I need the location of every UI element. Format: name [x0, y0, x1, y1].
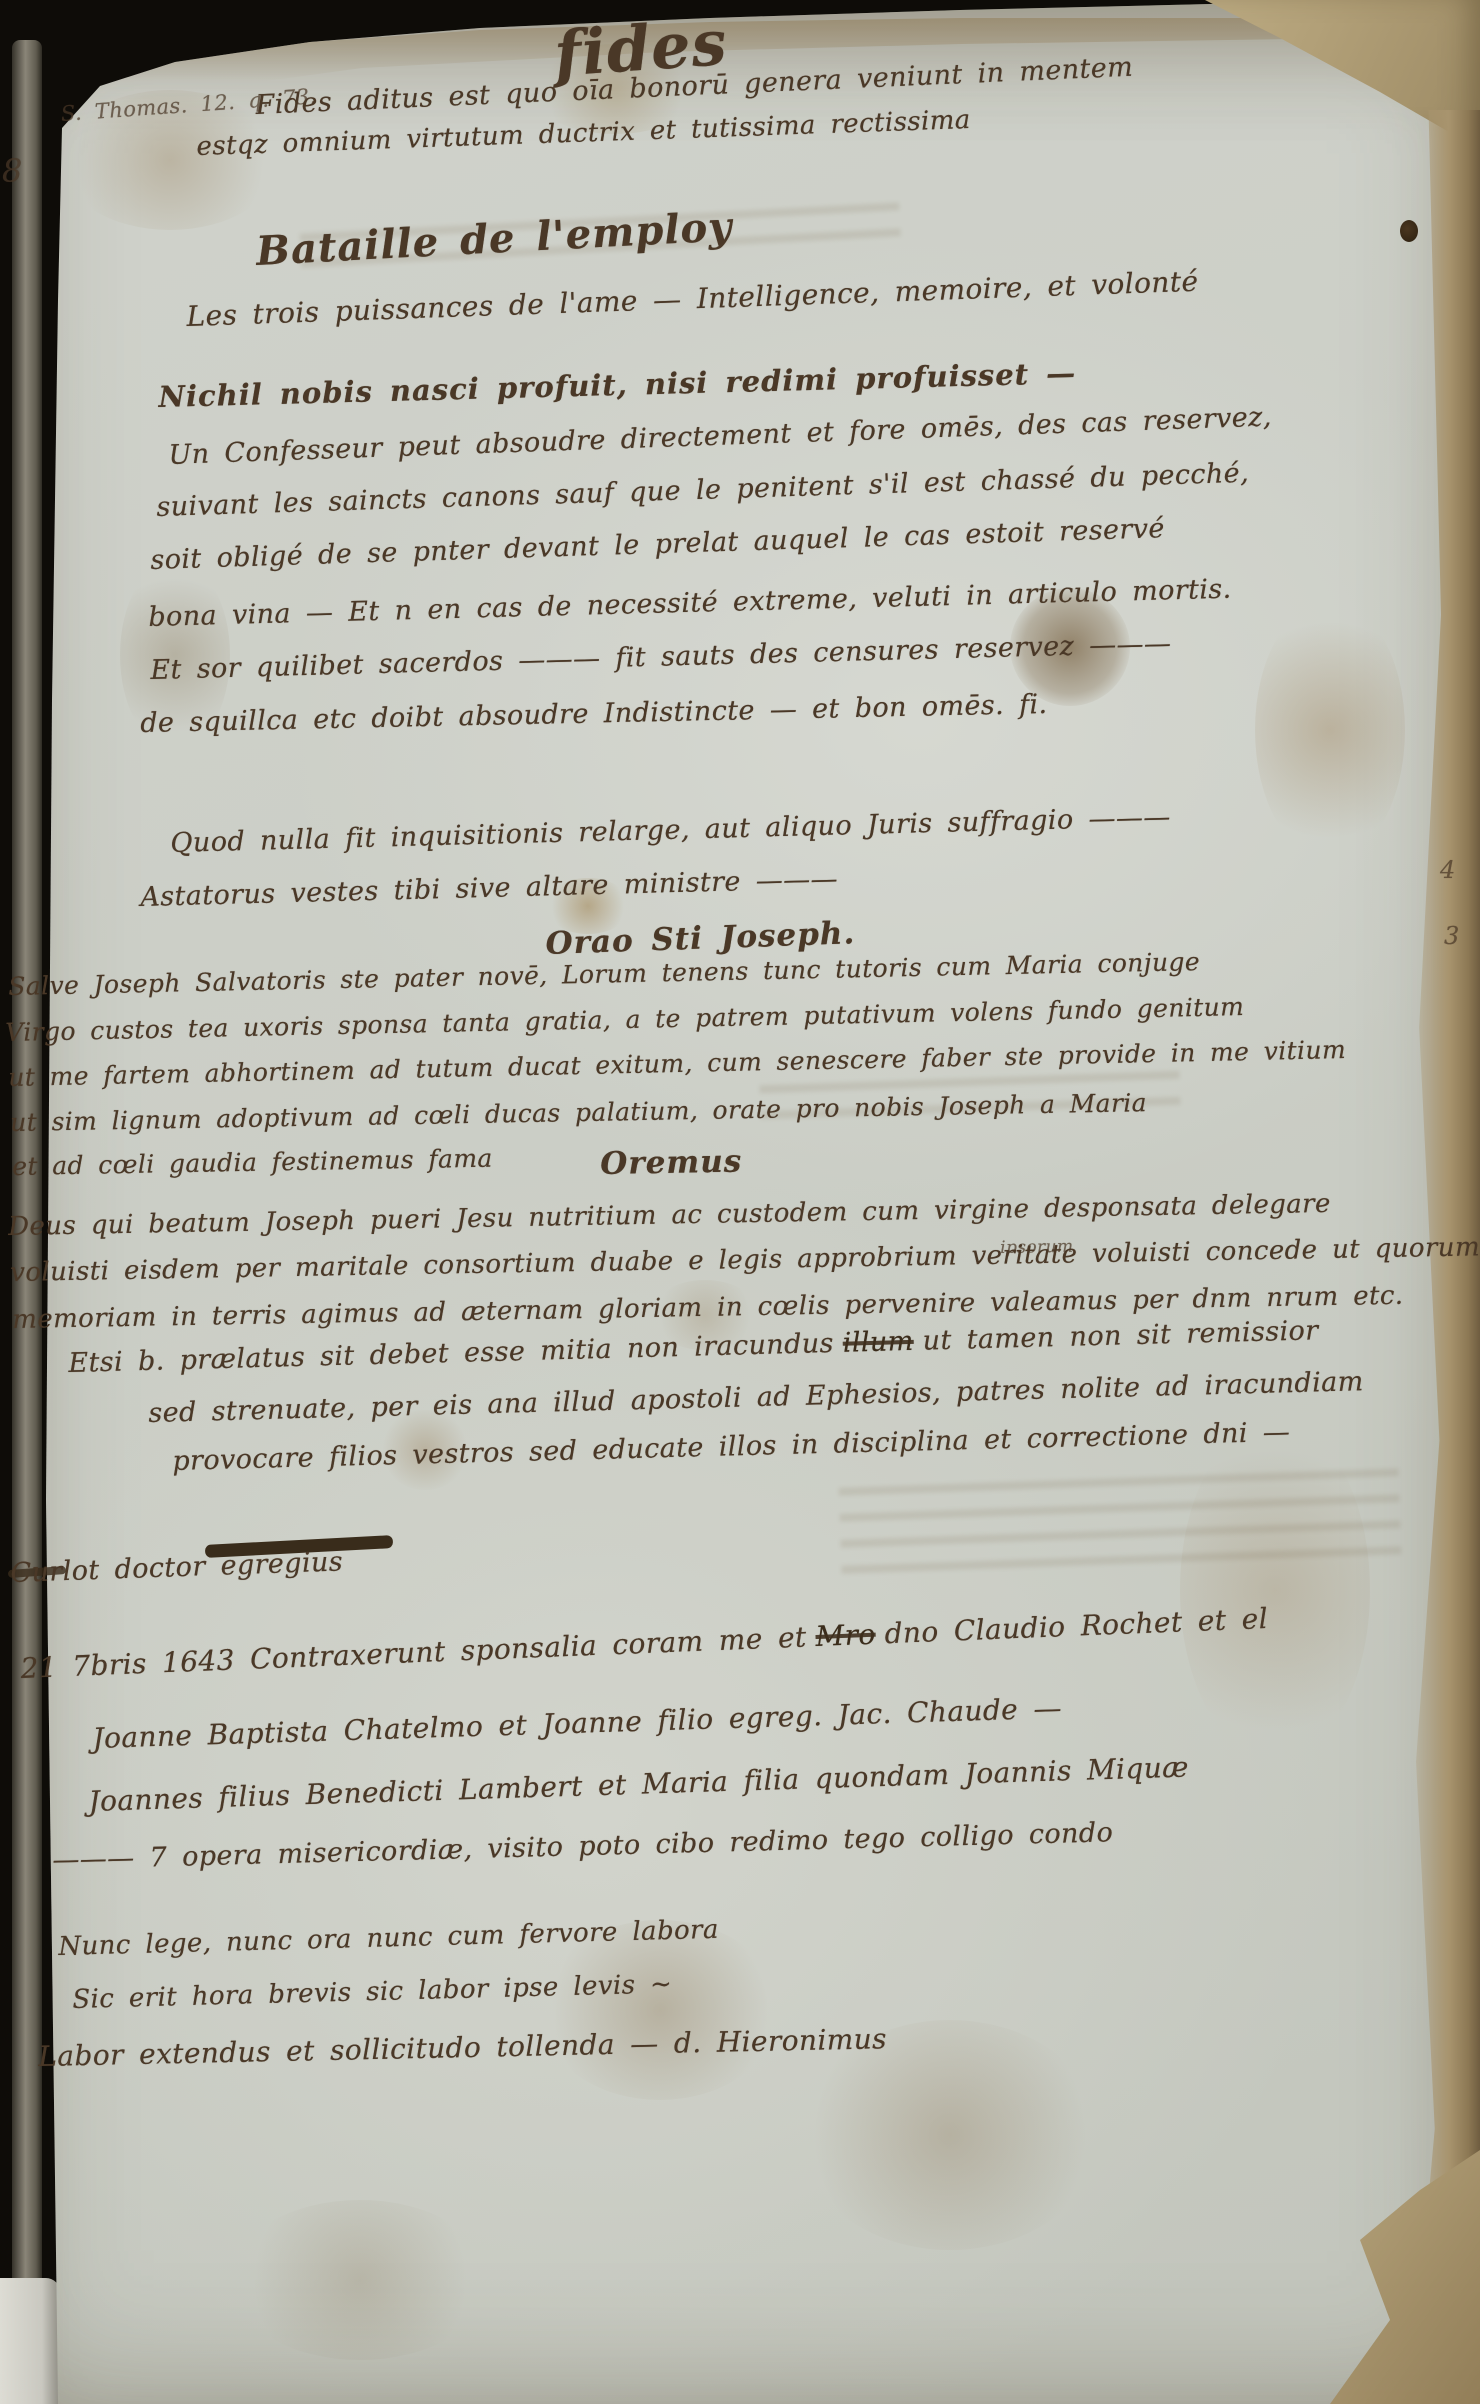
manuscript-photo: fides S. Thomas. 12. q. 73. Fides aditus…: [0, 0, 1480, 2404]
binding-cloth: [0, 2278, 60, 2404]
margin-mark: 4: [1440, 856, 1456, 884]
margin-mark: 3: [1444, 922, 1460, 950]
struck-word: illum: [842, 1326, 914, 1359]
interlinear-correction: ipsorum: [1000, 1237, 1074, 1258]
ink-dot: [1400, 220, 1418, 242]
oremus-rubric: Oremus: [600, 1144, 742, 1182]
struck-word: Mro: [815, 1618, 876, 1653]
margin-mark: 8: [2, 152, 23, 190]
